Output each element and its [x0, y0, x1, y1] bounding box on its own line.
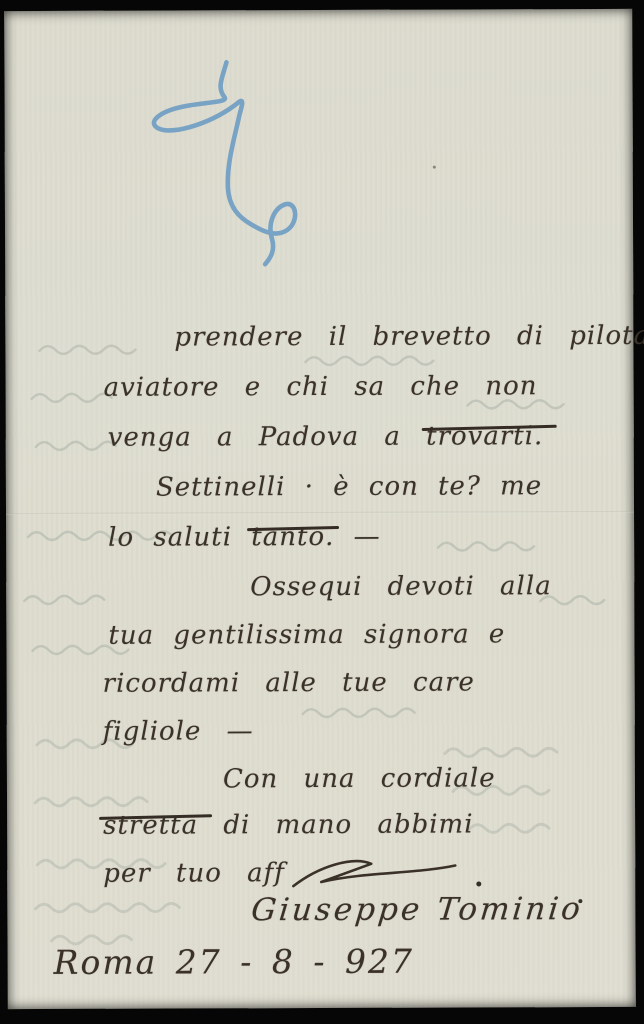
letter-line-5-text: lo saluti — [108, 522, 251, 552]
letter-line-11-struck-word: stretta — [103, 810, 198, 840]
letter-line-7: tua gentilissima signora e — [108, 619, 505, 650]
letter-line-3-struck-word: trovarti. — [426, 421, 543, 451]
letter-line-3-text: venga a Padova a — [108, 422, 426, 453]
letter-line-3: venga a Padova a trovarti. — [108, 421, 544, 453]
ink-speck — [578, 899, 582, 903]
place-date-line: Roma 27 - 8 - 927 — [54, 942, 415, 982]
letter-line-11: stretta di mano abbimi — [103, 809, 474, 840]
letter-line-1: prendere il brevetto di pilota — [174, 321, 644, 353]
ink-speck — [433, 166, 436, 169]
fold-crease — [6, 511, 634, 515]
letter-line-6: Ossequi devoti alla — [250, 571, 551, 602]
letter-line-4: Settinelli · è con te? me — [156, 471, 542, 502]
letter-line-5-struck-word: tanto — [251, 522, 325, 552]
letter-line-12-text: per tuo aff — [103, 858, 285, 889]
letter-line-9: figliole — — [103, 716, 254, 747]
letter-line-10: Con una cordiale — [223, 763, 496, 794]
letter-line-5: lo saluti tanto. — — [108, 522, 381, 553]
letter-line-12: per tuo aff — [103, 856, 461, 893]
letter-line-8: ricordami alle tue care — [103, 667, 475, 698]
scanned-letter-page: prendere il brevetto di pilota aviatore … — [0, 0, 644, 1024]
letter-line-11-text: di mano abbimi — [198, 809, 473, 840]
ink-speck — [476, 881, 481, 886]
signature-line: Giuseppe Tominio — [250, 891, 585, 928]
blue-pencil-mark — [104, 40, 345, 281]
signature-flourish — [291, 856, 461, 893]
letter-paper: prendere il brevetto di pilota aviatore … — [4, 9, 635, 1009]
letter-line-2: aviatore e chi sa che non — [104, 371, 538, 403]
